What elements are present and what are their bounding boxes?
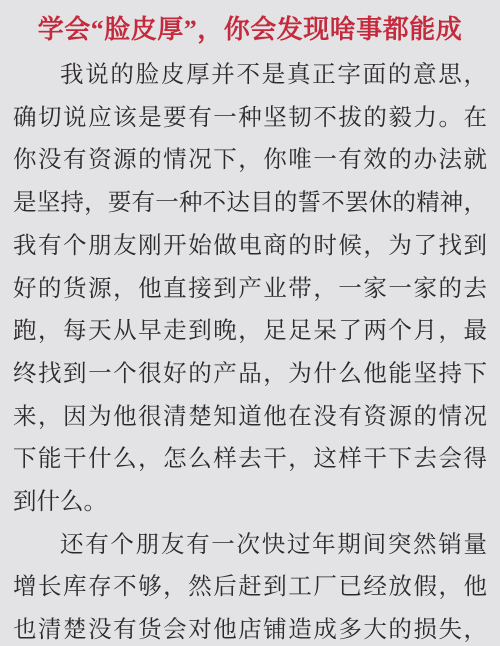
article-title: 学会“脸皮厚”，你会发现啥事都能成 (13, 10, 487, 50)
text-line: 下能干什么，怎么样去干，这样干下去会得 (13, 438, 487, 481)
text-line: 增长库存不够，然后赶到工厂已经放假，他 (13, 566, 487, 609)
paragraph-2: 还有个朋友有一次快过年期间突然销量 增长库存不够，然后赶到工厂已经放假，他 也清… (13, 524, 487, 646)
text-line: 来，因为他很清楚知道他在没有资源的情况 (13, 396, 487, 439)
text-line: 是坚持，要有一种不达目的誓不罢休的精神， (13, 182, 487, 225)
paragraph-1: 我说的脸皮厚并不是真正字面的意思， 确切说应该是要有一种坚韧不拔的毅力。在 你没… (13, 54, 487, 524)
article-page: 学会“脸皮厚”，你会发现啥事都能成 我说的脸皮厚并不是真正字面的意思， 确切说应… (0, 0, 500, 646)
text-line: 你没有资源的情况下，你唯一有效的办法就 (13, 139, 487, 182)
text-line: 我有个朋友刚开始做电商的时候，为了找到 (13, 225, 487, 268)
text-line: 跑，每天从早走到晚，足足呆了两个月，最 (13, 310, 487, 353)
text-line: 也清楚没有货会对他店铺造成多大的损失， (13, 609, 487, 646)
text-line: 还有个朋友有一次快过年期间突然销量 (13, 524, 487, 567)
text-line: 确切说应该是要有一种坚韧不拔的毅力。在 (13, 97, 487, 140)
text-line: 我说的脸皮厚并不是真正字面的意思， (13, 54, 487, 97)
text-line: 到什么。 (13, 481, 487, 524)
text-line: 终找到一个很好的产品，为什么他能坚持下 (13, 353, 487, 396)
text-line: 好的货源，他直接到产业带，一家一家的去 (13, 268, 487, 311)
